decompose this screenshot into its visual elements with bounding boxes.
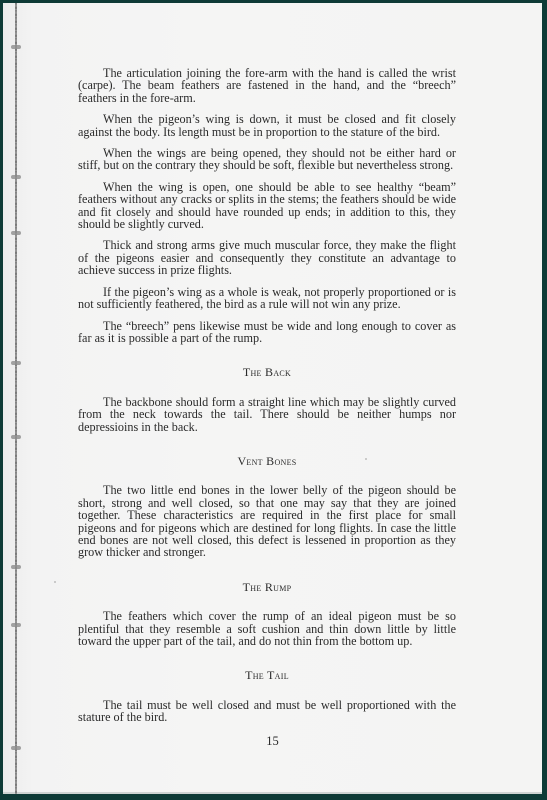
section-heading: The Tail — [78, 669, 456, 681]
paragraph: When the wing is open, one should be abl… — [78, 181, 456, 231]
binding-stitch — [11, 175, 21, 179]
binding-stitch — [11, 623, 21, 627]
binding-stitch — [11, 361, 21, 365]
paragraph: The backbone should form a straight line… — [78, 396, 456, 433]
binding-thread — [15, 3, 17, 794]
paragraph: The feathers which cover the rump of an … — [78, 610, 456, 647]
paragraph: The tail must be well closed and must be… — [78, 699, 456, 724]
paragraph: When the wings are being opened, they sh… — [78, 147, 456, 172]
binding-stitch — [11, 565, 21, 569]
paragraph: Thick and strong arms give much muscular… — [78, 239, 456, 276]
paper-speck — [54, 581, 56, 583]
binding-stitch — [11, 231, 21, 235]
page-number: 15 — [3, 734, 542, 749]
scan-frame: The articulation joining the fore-arm wi… — [0, 0, 547, 800]
binding-stitch — [11, 45, 21, 49]
paragraph: If the pigeon’s wing as a whole is weak,… — [78, 286, 456, 311]
paragraph: The two little end bones in the lower be… — [78, 484, 456, 558]
page-body: The articulation joining the fore-arm wi… — [78, 67, 456, 733]
paragraph: When the pigeon’s wing is down, it must … — [78, 113, 456, 138]
paragraph: The articulation joining the fore-arm wi… — [78, 67, 456, 104]
section-heading: Vent Bones — [78, 455, 456, 467]
binding-stitch — [11, 435, 21, 439]
paragraph: The “breech” pens likewise must be wide … — [78, 320, 456, 345]
book-page: The articulation joining the fore-arm wi… — [3, 3, 542, 794]
section-heading: The Back — [78, 366, 456, 378]
section-heading: The Rump — [78, 581, 456, 593]
